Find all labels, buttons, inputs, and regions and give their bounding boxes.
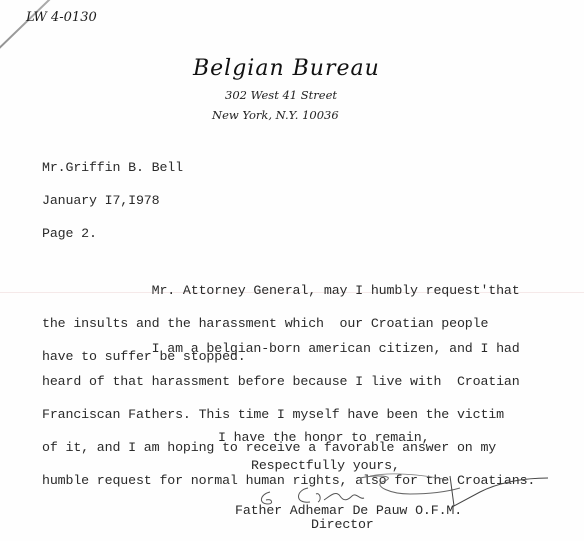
date-line: January I7,I978 — [42, 195, 183, 206]
paragraph-line: Mr. Attorney General, may I humbly reque… — [42, 285, 520, 296]
paragraph-line: I am a belgian-born american citizen, an… — [42, 343, 535, 354]
paragraph-line: Franciscan Fathers. This time I myself h… — [42, 409, 535, 420]
signatory-title: Director — [311, 519, 374, 530]
paragraph-line: heard of that harassment before because … — [42, 376, 535, 387]
letterhead-street: 302 West 41 Street — [225, 88, 337, 102]
closing-line: I have the honor to remain, — [218, 432, 429, 443]
page-number-line: Page 2. — [42, 228, 183, 239]
recipient-line: Mr.Griffin B. Bell — [42, 162, 183, 173]
letter-header-block: Mr.Griffin B. Bell January I7,I978 Page … — [42, 140, 183, 261]
signatory-name: Father Adhemar De Pauw O.F.M. — [235, 505, 462, 516]
handwritten-file-number: LW 4-0130 — [26, 10, 97, 25]
letter-page: LW 4-0130 Belgian Bureau 302 West 41 Str… — [0, 0, 584, 541]
letterhead-city: New York, N.Y. 10036 — [212, 108, 339, 122]
letterhead-organization: Belgian Bureau — [193, 56, 380, 81]
